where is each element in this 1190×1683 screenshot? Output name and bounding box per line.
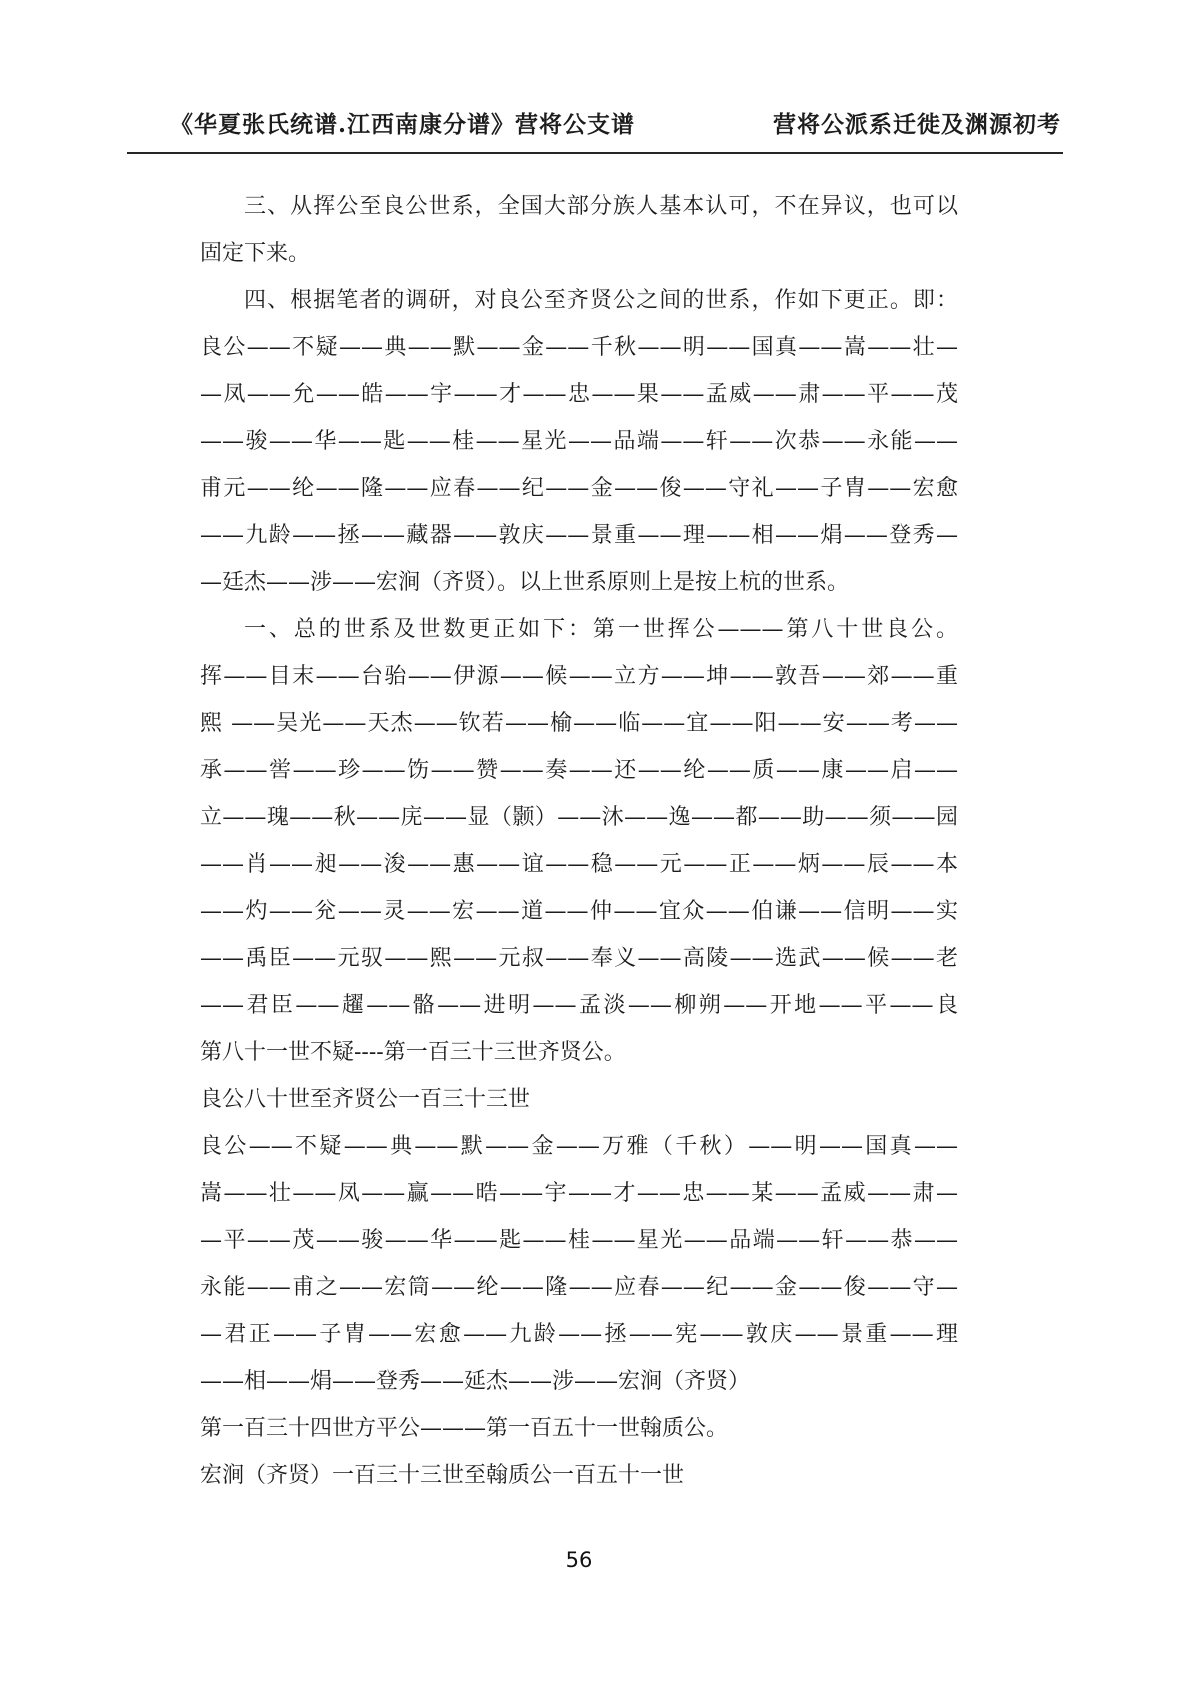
genealogy-line: ——禹臣——元驭——熙——元叔——奉义——高陵——选武——候——老 [200,935,958,982]
text-line: 固定下来。 [200,230,958,277]
genealogy-line: ——灼——兊——灵——宏——道——仲——宜众——伯谦——信明——实 [200,888,958,935]
page-number: 56 [200,1548,958,1572]
genealogy-line: —平——茂——骏——华——匙——桂——星光——品端——轩——恭—— [200,1217,958,1264]
genealogy-line: 甫元——纶——隆——应春——纪——金——俊——守礼——子胄——宏愈 [200,465,958,512]
text-line: 良公八十世至齐贤公一百三十三世 [200,1076,958,1123]
document-body: 三、从挥公至良公世系，全国大部分族人基本认可，不在异议，也可以 固定下来。 四、… [200,183,958,1499]
genealogy-line: ——君臣——趯——骼——进明——孟淡——柳朔——开地——平——良 [200,982,958,1029]
genealogy-line: 挥——目末——台骀——伊源——候——立方——坤——敦吾——郊——重 [200,653,958,700]
text-line: 第一百三十四世方平公———第一百五十一世翰质公。 [200,1405,958,1452]
genealogy-line: 永能——甫之——宏筒——纶——隆——应春——纪——金——俊——守— [200,1264,958,1311]
header-book-title: 《华夏张氏统谱.江西南康分谱》营将公支谱 [170,106,635,139]
genealogy-line: ——相——焆——登秀——延杰——涉——宏涧（齐贤） [200,1358,958,1405]
text-line: 宏涧（齐贤）一百三十三世至翰质公一百五十一世 [200,1452,958,1499]
text-line: 一、总的世系及世数更正如下：第一世挥公———第八十世良公。 [200,606,958,653]
genealogy-line: —凤——允——皓——宇——才——忠——果——孟威——肃——平——茂 [200,371,958,418]
text-line: 三、从挥公至良公世系，全国大部分族人基本认可，不在异议，也可以 [200,183,958,230]
genealogy-line: ——九龄——拯——藏器——敦庆——景重——理——相——焆——登秀— [200,512,958,559]
text-line: 第八十一世不疑----第一百三十三世齐贤公。 [200,1029,958,1076]
genealogy-line: ——肖——昶——浚——惠——谊——稳——元——正——炳——辰——本 [200,841,958,888]
genealogy-line: 承——喾——珍——饬——赞——奏——还——纶——质——康——启—— [200,747,958,794]
genealogy-line: 嵩——壮——凤——赢——晧——宇——才——忠——某——孟威——肃— [200,1170,958,1217]
genealogy-line: —君正——子胄——宏愈——九龄——拯——宪——敦庆——景重——理 [200,1311,958,1358]
genealogy-line: 立——瑰——秋——庑——显（颢）——沐——逸——都——助——须——园 [200,794,958,841]
page-header: 《华夏张氏统谱.江西南康分谱》营将公支谱 营将公派系迁徙及渊源初考 [127,106,1063,154]
text-line: 四、根据笔者的调研，对良公至齐贤公之间的世系，作如下更正。即： [200,277,958,324]
genealogy-line: 熙 ——吴光——天杰——钦若——榆——临——宜——阳——安——考—— [200,700,958,747]
genealogy-line: 良公——不疑——典——默——金——万雅（千秋）——明——国真—— [200,1123,958,1170]
genealogy-line: 良公——不疑——典——默——金——千秋——明——国真——嵩——壮— [200,324,958,371]
genealogy-line: ——骏——华——匙——桂——星光——品端——轩——次恭——永能—— [200,418,958,465]
header-chapter-title: 营将公派系迁徙及渊源初考 [773,106,1061,139]
genealogy-line: —廷杰——涉——宏涧（齐贤）。以上世系原则上是按上杭的世系。 [200,559,958,606]
